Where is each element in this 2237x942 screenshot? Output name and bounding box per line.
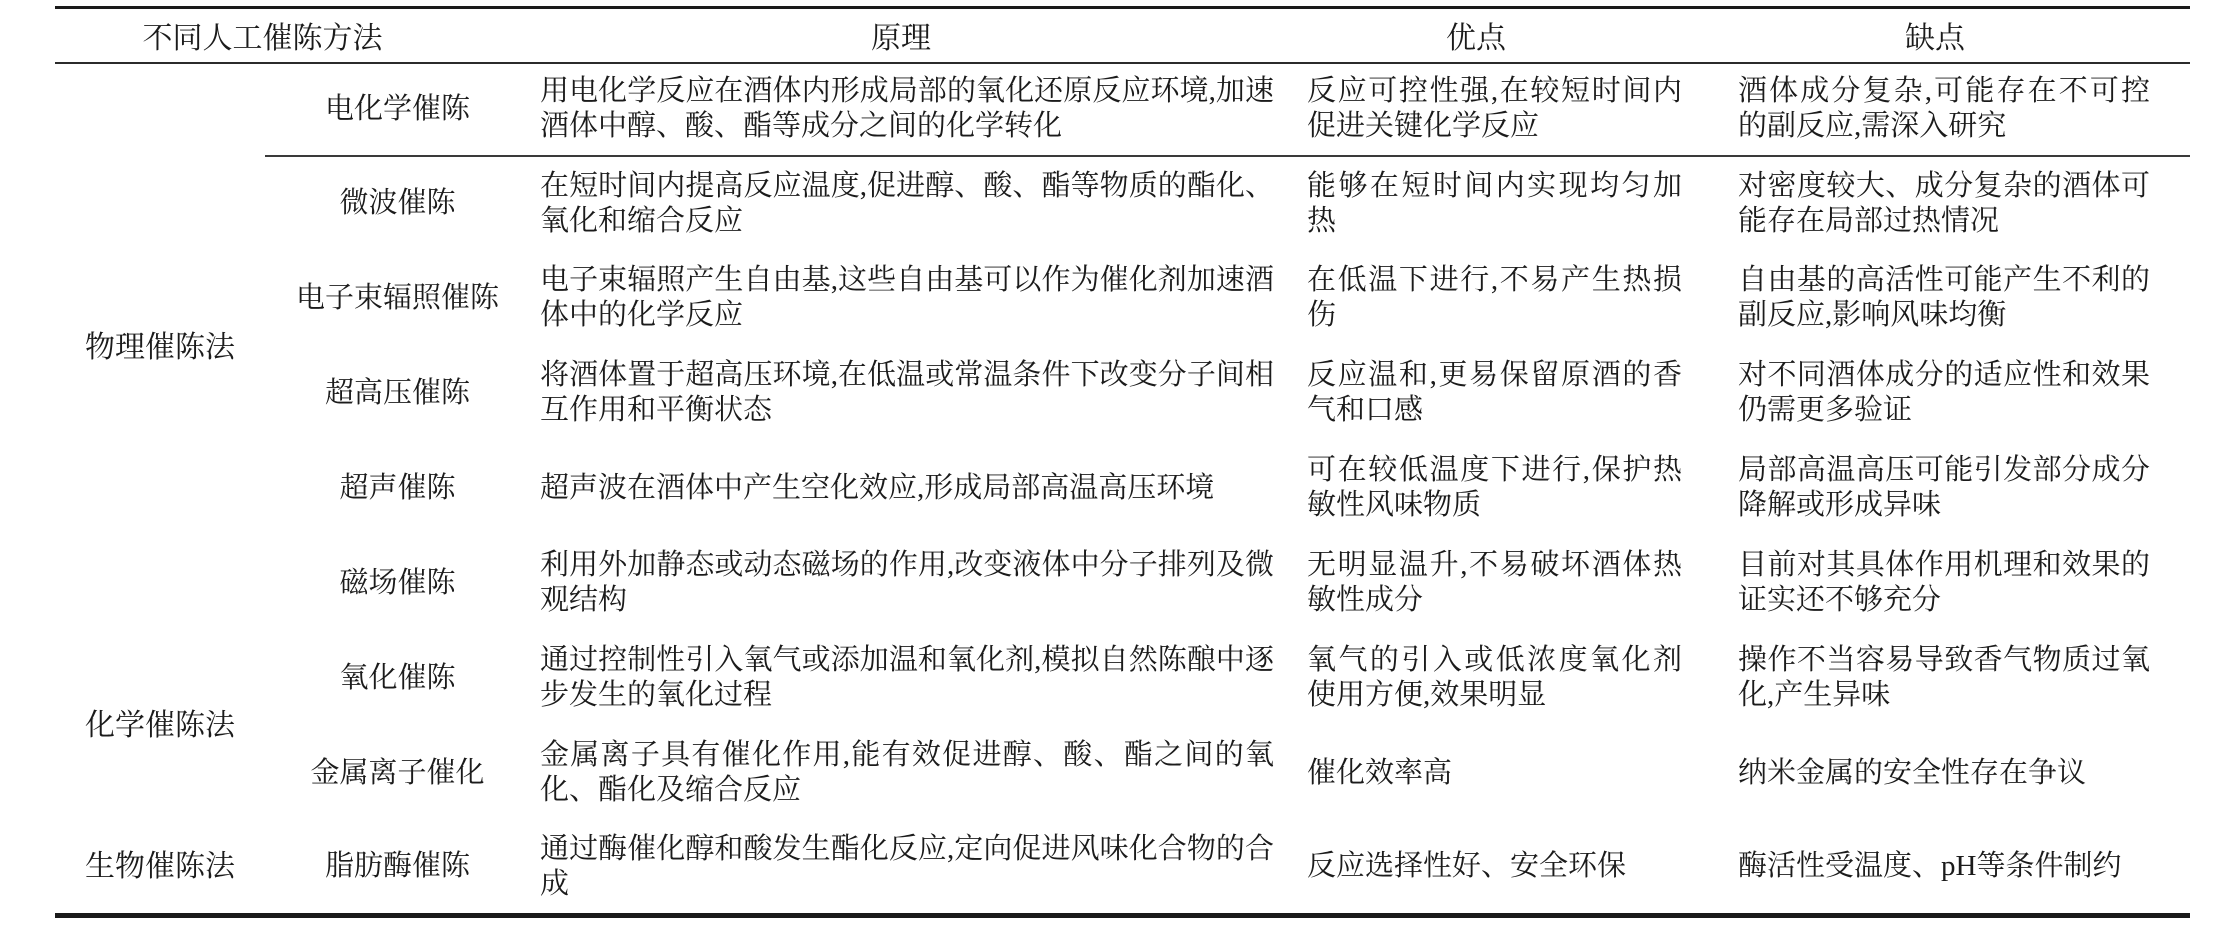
principle-cell: 超声波在酒体中产生空化效应,形成局部高温高压环境: [530, 441, 1292, 536]
advantage-cell: 无明显温升,不易破坏酒体热敏性成分: [1292, 536, 1720, 631]
principle-cell: 电子束辐照产生自由基,这些自由基可以作为催化剂加速酒体中的化学反应: [530, 251, 1292, 346]
advantage-cell: 反应温和,更易保留原酒的香气和口感: [1292, 346, 1720, 441]
principle-cell: 在短时间内提高反应温度,促进醇、酸、酯等物质的酯化、氧化和缩合反应: [530, 156, 1292, 251]
table-row-oxidation: 化学催陈法 氧化催陈 通过控制性引入氧气或添加温和氧化剂,模拟自然陈酿中逐步发生…: [55, 631, 2190, 726]
method-cell: 电化学催陈: [265, 63, 530, 156]
method-cell: 超声催陈: [265, 441, 530, 536]
disadvantage-cell: 操作不当容易导致香气物质过氧化,产生异味: [1720, 631, 2190, 726]
advantage-cell: 在低温下进行,不易产生热损伤: [1292, 251, 1720, 346]
category-biological: 生物催陈法: [55, 821, 265, 916]
table-row-ultra-high-pressure: 超高压催陈 将酒体置于超高压环境,在低温或常温条件下改变分子间相互作用和平衡状态…: [55, 346, 2190, 441]
aging-methods-table: 不同人工催陈方法 原理 优点 缺点 物理催陈法 电化学催陈 用电化学反应在酒体内…: [55, 6, 2190, 918]
method-cell: 氧化催陈: [265, 631, 530, 726]
advantage-cell: 能够在短时间内实现均匀加热: [1292, 156, 1720, 251]
principle-cell: 将酒体置于超高压环境,在低温或常温条件下改变分子间相互作用和平衡状态: [530, 346, 1292, 441]
header-row: 不同人工催陈方法 原理 优点 缺点: [55, 8, 2190, 63]
table-row-metal-ion: 金属离子催化 金属离子具有催化作用,能有效促进醇、酸、酯之间的氧化、酯化及缩合反…: [55, 726, 2190, 821]
method-cell: 金属离子催化: [265, 726, 530, 821]
table-row-electrochemical: 物理催陈法 电化学催陈 用电化学反应在酒体内形成局部的氧化还原反应环境,加速酒体…: [55, 63, 2190, 156]
table-row-microwave: 微波催陈 在短时间内提高反应温度,促进醇、酸、酯等物质的酯化、氧化和缩合反应 能…: [55, 156, 2190, 251]
table-header: 不同人工催陈方法 原理 优点 缺点: [55, 8, 2190, 63]
principle-cell: 利用外加静态或动态磁场的作用,改变液体中分子排列及微观结构: [530, 536, 1292, 631]
disadvantage-cell: 酒体成分复杂,可能存在不可控的副反应,需深入研究: [1720, 63, 2190, 156]
principle-cell: 用电化学反应在酒体内形成局部的氧化还原反应环境,加速酒体中醇、酸、酯等成分之间的…: [530, 63, 1292, 156]
advantage-cell: 反应选择性好、安全环保: [1292, 821, 1720, 916]
method-cell: 微波催陈: [265, 156, 530, 251]
category-physical: 物理催陈法: [55, 63, 265, 631]
advantage-cell: 可在较低温度下进行,保护热敏性风味物质: [1292, 441, 1720, 536]
table-row-ultrasonic: 超声催陈 超声波在酒体中产生空化效应,形成局部高温高压环境 可在较低温度下进行,…: [55, 441, 2190, 536]
advantage-cell: 反应可控性强,在较短时间内促进关键化学反应: [1292, 63, 1720, 156]
method-cell: 超高压催陈: [265, 346, 530, 441]
table-row-lipase: 生物催陈法 脂肪酶催陈 通过酶催化醇和酸发生酯化反应,定向促进风味化合物的合成 …: [55, 821, 2190, 916]
method-cell: 电子束辐照催陈: [265, 251, 530, 346]
header-disadvantage: 缺点: [1720, 8, 2190, 63]
method-cell: 磁场催陈: [265, 536, 530, 631]
disadvantage-cell: 自由基的高活性可能产生不利的副反应,影响风味均衡: [1720, 251, 2190, 346]
header-methods: 不同人工催陈方法: [55, 8, 530, 63]
method-cell: 脂肪酶催陈: [265, 821, 530, 916]
disadvantage-cell: 对密度较大、成分复杂的酒体可能存在局部过热情况: [1720, 156, 2190, 251]
principle-cell: 通过控制性引入氧气或添加温和氧化剂,模拟自然陈酿中逐步发生的氧化过程: [530, 631, 1292, 726]
principle-cell: 通过酶催化醇和酸发生酯化反应,定向促进风味化合物的合成: [530, 821, 1292, 916]
table-body: 物理催陈法 电化学催陈 用电化学反应在酒体内形成局部的氧化还原反应环境,加速酒体…: [55, 63, 2190, 916]
category-chemical: 化学催陈法: [55, 631, 265, 821]
advantage-cell: 氧气的引入或低浓度氧化剂使用方便,效果明显: [1292, 631, 1720, 726]
disadvantage-cell: 对不同酒体成分的适应性和效果仍需更多验证: [1720, 346, 2190, 441]
disadvantage-cell: 局部高温高压可能引发部分成分降解或形成异味: [1720, 441, 2190, 536]
table-row-electron-beam: 电子束辐照催陈 电子束辐照产生自由基,这些自由基可以作为催化剂加速酒体中的化学反…: [55, 251, 2190, 346]
disadvantage-cell: 酶活性受温度、pH等条件制约: [1720, 821, 2190, 916]
header-principle: 原理: [530, 8, 1292, 63]
advantage-cell: 催化效率高: [1292, 726, 1720, 821]
table-row-magnetic-field: 磁场催陈 利用外加静态或动态磁场的作用,改变液体中分子排列及微观结构 无明显温升…: [55, 536, 2190, 631]
disadvantage-cell: 目前对其具体作用机理和效果的证实还不够充分: [1720, 536, 2190, 631]
paper-table-page: { "table": { "headers": { "methods": "不同…: [0, 0, 2237, 942]
disadvantage-cell: 纳米金属的安全性存在争议: [1720, 726, 2190, 821]
principle-cell: 金属离子具有催化作用,能有效促进醇、酸、酯之间的氧化、酯化及缩合反应: [530, 726, 1292, 821]
header-advantage: 优点: [1292, 8, 1720, 63]
